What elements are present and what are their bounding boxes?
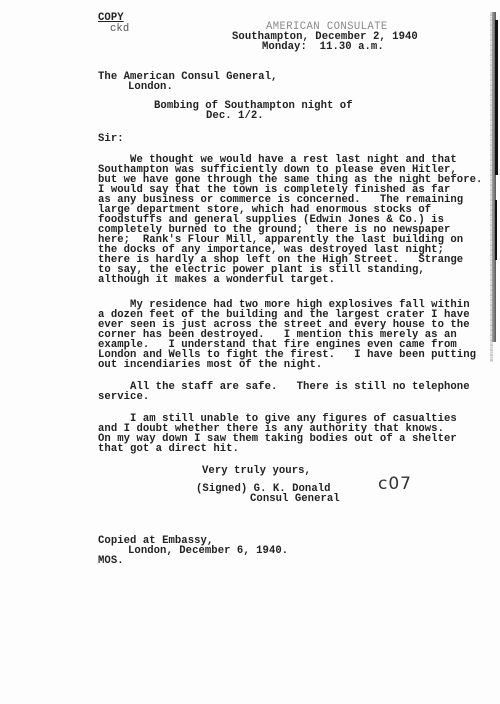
checked-initials: ckd <box>110 24 129 34</box>
day-time: Monday: 11.30 a.m. <box>262 42 384 52</box>
addressee-line-2: London. <box>128 82 173 92</box>
footer-date: London, December 6, 1940. <box>128 546 288 556</box>
page-edge-bar-lower <box>495 200 497 260</box>
subject-line-2: Dec. 1/2. <box>206 111 264 121</box>
paragraph-line: service. <box>98 392 149 402</box>
page-edge-bar <box>495 20 498 175</box>
paragraph-line: out incendiaries most of the night. <box>98 360 322 370</box>
handwritten-note: c07 <box>378 474 412 494</box>
letter-page: COPY ckd AMERICAN CONSULATE Southampton,… <box>0 0 500 704</box>
signature-title: Consul General <box>250 494 340 504</box>
footer-initials: MOS. <box>98 556 124 566</box>
paragraph-line: that got a direct hit. <box>98 444 239 454</box>
copy-mark: COPY <box>98 13 124 23</box>
addressee-line-1: The American Consul General, <box>98 72 277 82</box>
paragraph-line: although it makes a wonderful target. <box>98 275 335 285</box>
closing: Very truly yours, <box>202 466 311 476</box>
paragraph-line: All the staff are safe. There is still n… <box>98 382 470 392</box>
salutation: Sir: <box>98 134 124 144</box>
